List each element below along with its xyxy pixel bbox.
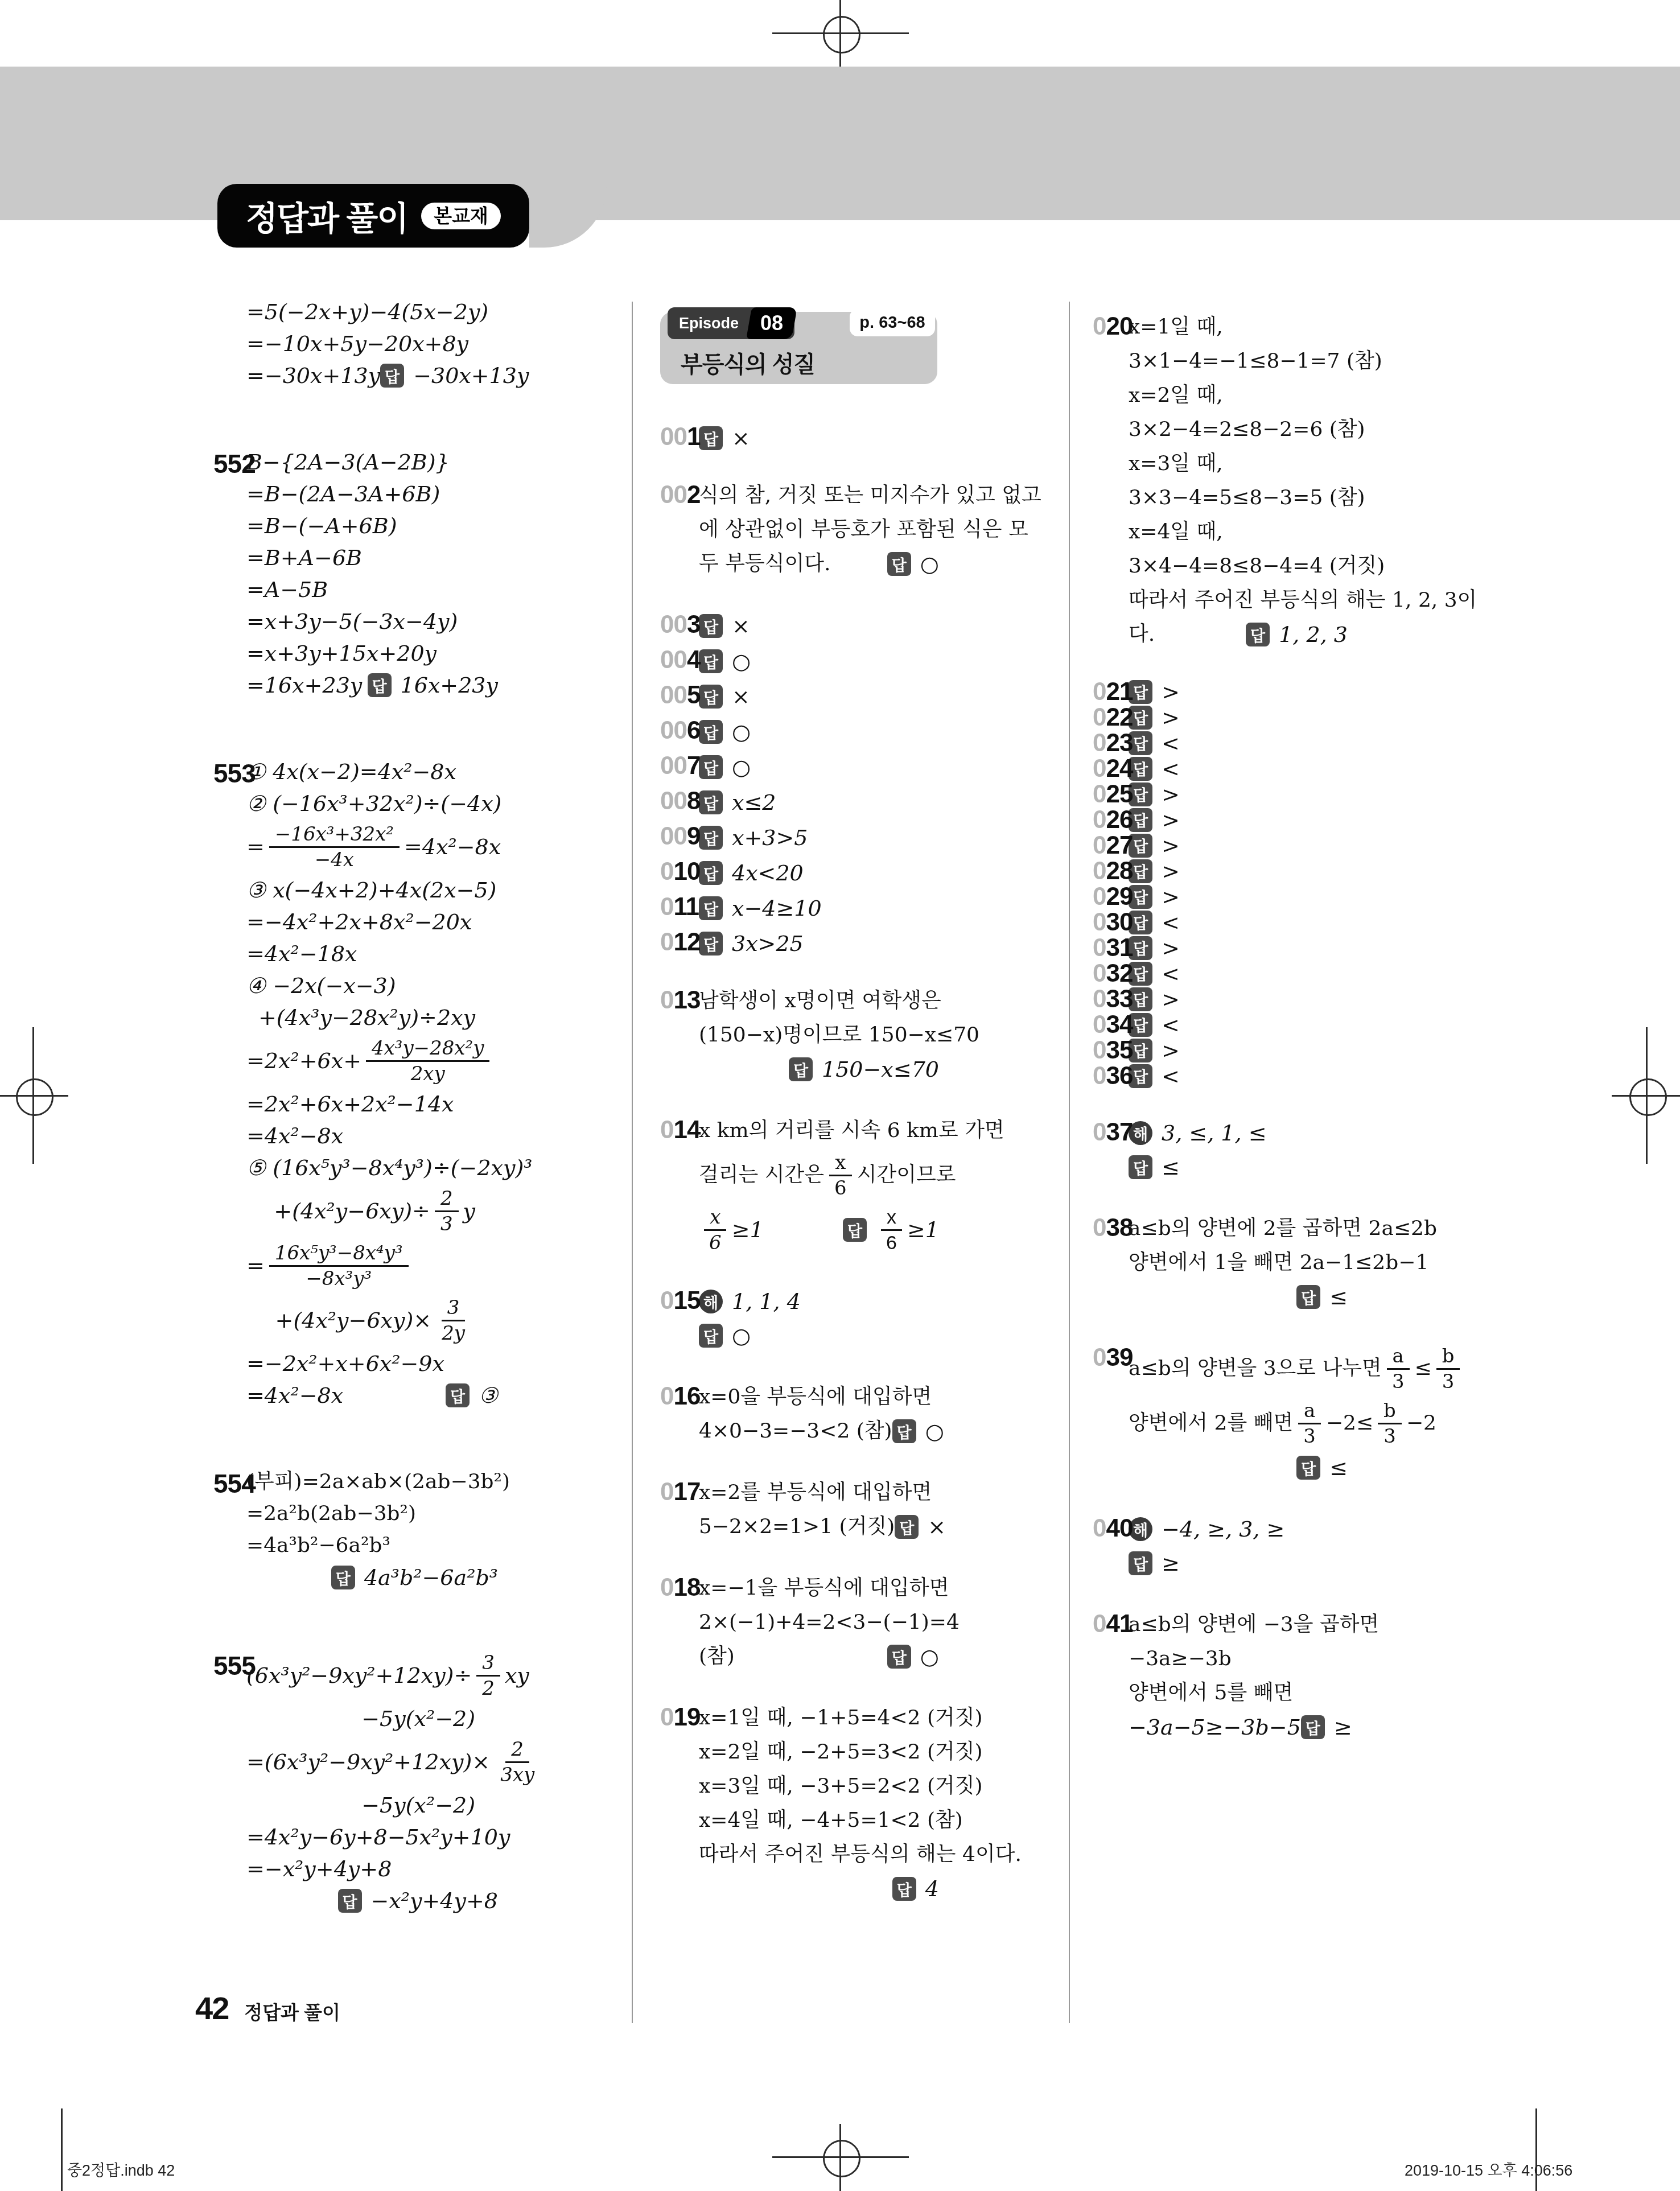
answer-item: 007 답 ○ — [660, 749, 1059, 785]
episode-badge: Episode 08 — [668, 307, 794, 339]
column-divider-1 — [632, 302, 633, 2023]
answer-badge: 답 — [699, 426, 723, 450]
answer: × — [732, 679, 750, 714]
answer-badge: 답 — [368, 673, 392, 697]
answer: × — [732, 609, 750, 643]
answer-item: 029 답 > — [1093, 884, 1491, 909]
answer: 답 4 — [699, 1872, 1059, 1906]
text-line: a≤b의 양변을 3으로 나누면 a3 ≤ b3 — [1129, 1341, 1491, 1396]
fraction: x6 — [829, 1151, 853, 1200]
answer-item: 028 답 > — [1093, 858, 1491, 884]
answer: ○ — [732, 644, 751, 678]
text-line: (참) — [699, 1640, 735, 1674]
text-line: x=3일 때, −3+5=2<2 (거짓) — [699, 1769, 1059, 1803]
answer-badge: 답 — [843, 1218, 867, 1242]
solution-line: 해 1, 1, 4 — [699, 1284, 1059, 1319]
problem-013: 013 남학생이 x명이면 여학생은(150−x)명이므로 150−x≤70 답… — [660, 984, 1059, 1086]
problem-018: 018 x=−1을 부등식에 대입하면 2×(−1)+4=2<3−(−1)=4 … — [660, 1571, 1059, 1674]
answer: 답 16x+23y — [368, 669, 498, 701]
answer-item: 024 답 < — [1093, 756, 1491, 781]
math-line: =4x²y−6y+8−5x²y+10y — [246, 1821, 580, 1853]
answer-item: 036 답 < — [1093, 1063, 1491, 1089]
answer-badge: 답 — [699, 790, 723, 814]
answer: ○ — [732, 750, 751, 784]
left-column: =5(−2x+y)−4(5x−2y)=−10x+5y−20x+8y =−30x+… — [213, 296, 580, 1971]
math-line: =−4x²+2x+8x²−20x — [246, 906, 580, 938]
answer-item: 021 답 > — [1093, 679, 1491, 705]
answer-badge: 답 — [699, 614, 723, 638]
episode-number-box: 08 — [746, 307, 797, 339]
answer-item: 008 답 x≤2 — [660, 785, 1059, 820]
answer-badge: 답 — [1129, 1155, 1152, 1179]
math-line: ⑤ (16x⁵y³−8x⁴y³)÷(−2xy)³ — [246, 1152, 580, 1184]
text-line: 3×1−4=−1≤8−1=7 (참) — [1129, 344, 1491, 378]
simple-answers-003-012: 003 답 × 004 답 ○ 005 답 × 006 답 ○ — [660, 608, 1059, 961]
fraction: x6 — [880, 1205, 903, 1255]
problem-014: 014 x km의 거리를 시속 6 km로 가면 걸리는 시간은 x6 시간이… — [660, 1114, 1059, 1257]
text-line: 5−2×2=1>1 (거짓) — [699, 1510, 895, 1544]
math-line: = −16x³+32x²−4x =4x²−8x — [246, 819, 580, 874]
text-line: 남학생이 x명이면 여학생은 — [699, 984, 1059, 1018]
text-line: x=2를 부등식에 대입하면 — [699, 1476, 1059, 1510]
solution-badge: 해 — [699, 1290, 723, 1313]
answer-item: 026 답 > — [1093, 807, 1491, 833]
answer-item: 034 답 < — [1093, 1012, 1491, 1037]
problem-553: 553 ① 4x(x−2)=4x²−8x ② (−16x³+32x²)÷(−4x… — [213, 756, 580, 1411]
answer-badge: 답 — [699, 861, 723, 885]
math-line: −5y(x²−2) — [246, 1789, 580, 1821]
page-footer: 42 정답과 풀이 — [195, 1990, 340, 2027]
problem-037: 037 해 3, ≤, 1, ≤ 답 ≤ — [1093, 1116, 1491, 1184]
text-line: x=−1을 부등식에 대입하면 — [699, 1571, 1059, 1605]
math-line: =(6x³y²−9xy²+12xy)× 23xy — [246, 1735, 580, 1789]
math-line: =B+A−6B — [246, 542, 580, 574]
answer-book-page: 정답과 풀이 본교재 =5(−2x+y)−4(5x−2y)=−10x+5y−20… — [0, 0, 1680, 2191]
fraction: 4x³y−28x²y2xy — [366, 1036, 489, 1086]
answer-item: 035 답 > — [1093, 1037, 1491, 1063]
answer-badge: 답 — [789, 1057, 813, 1081]
text-line: 양변에서 1을 빼면 2a−1≤2b−1 — [1129, 1246, 1491, 1280]
math-line: =2a²b(2ab−3b²) — [246, 1498, 580, 1530]
text-line: a≤b의 양변에 2를 곱하면 2a≤2b — [1129, 1212, 1491, 1246]
answer-badge: 답 — [446, 1383, 470, 1407]
text-line: 따라서 주어진 부등식의 해는 4이다. — [699, 1838, 1059, 1872]
fraction: 16x⁵y³−8x⁴y³−8x³y³ — [269, 1241, 409, 1291]
math-line: =−x²y+4y+8 — [246, 1853, 580, 1885]
problem-555: 555 (6x³y²−9xy²+12xy)÷ 32 xy −5y(x²−2) =… — [213, 1648, 580, 1917]
answer: 답 1, 2, 3 — [1246, 617, 1348, 652]
fraction: b3 — [1378, 1399, 1402, 1448]
answer-badge: 답 — [331, 1566, 355, 1589]
answer-badge: 답 — [699, 932, 723, 956]
answer-item: 006 답 ○ — [660, 714, 1059, 749]
answer-badge: 답 — [1301, 1715, 1325, 1739]
answer: 답 −30x+13y — [380, 360, 529, 392]
answer-badge: 답 — [895, 1515, 919, 1539]
fraction: −16x³+32x²−4x — [269, 822, 400, 872]
answer: 답 ③ — [446, 1379, 498, 1411]
answer: 답 ≤ — [1129, 1280, 1491, 1314]
answer: < — [1162, 1059, 1180, 1093]
text-line: x=1일 때, — [1129, 310, 1491, 344]
answer-item: 023 답 < — [1093, 730, 1491, 756]
print-file-name: 중2정답.indb 42 — [67, 2158, 175, 2180]
answer-badge: 답 — [1296, 1285, 1320, 1309]
answer-badge: 답 — [338, 1889, 362, 1913]
fraction: x6 — [703, 1205, 727, 1255]
math-line: =2x²+6x+ 4x³y−28x²y2xy — [246, 1033, 580, 1088]
answer-item: 003 답 × — [660, 608, 1059, 644]
episode-header: p. 63~68 Episode 08 부등식의 성질 — [660, 309, 1059, 384]
answer-item: 011 답 x−4≥10 — [660, 891, 1059, 926]
math-line: −5y(x²−2) — [246, 1703, 580, 1735]
math-line: =5(−2x+y)−4(5x−2y) — [246, 296, 580, 328]
text-line: −3a≥−3b — [1129, 1642, 1491, 1676]
answer-item: 025 답 > — [1093, 781, 1491, 807]
math-line: =A−5B — [246, 574, 580, 606]
answer: 답 ≥ — [1301, 1710, 1352, 1744]
page-header: 정답과 풀이 본교재 — [217, 184, 529, 248]
problem-number: 552 — [213, 448, 256, 479]
answer: x−4≥10 — [732, 891, 822, 925]
fraction: 32 — [476, 1651, 500, 1700]
text-line: x=0을 부등식에 대입하면 — [699, 1380, 1059, 1414]
math-line: =x+3y+15x+20y — [246, 637, 580, 669]
answer: ○ — [732, 715, 751, 749]
answer-badge: 답 — [887, 1645, 911, 1669]
math-line: (6x³y²−9xy²+12xy)÷ 32 xy — [246, 1648, 580, 1703]
answer: x≤2 — [732, 785, 776, 819]
episode-label: Episode — [679, 315, 739, 332]
crop-line-bottom-left — [61, 2108, 63, 2191]
problem-002: 002 식의 참, 거짓 또는 미지수가 있고 없고에 상관없이 부등호가 포함… — [660, 479, 1059, 581]
right-column: 020 x=1일 때,3×1−4=−1≤8−1=7 (참)x=2일 때,3×2−… — [1093, 310, 1491, 1772]
answer-badge: 답 — [887, 552, 911, 576]
problem-number: 554 — [213, 1468, 256, 1499]
math-line: B−{2A−3(A−2B)} — [246, 446, 580, 478]
text-line: x=3일 때, — [1129, 447, 1491, 481]
answer-badge: 답 — [1246, 623, 1270, 646]
answer-badge: 답 — [892, 1419, 916, 1443]
math-line: x6 ≥1 — [699, 1205, 764, 1255]
math-line: =4x²−18x — [246, 938, 580, 970]
math-line: =4x²−8x — [246, 1120, 580, 1152]
answer: 답 x6 ≥1 — [843, 1205, 939, 1255]
math-line: =2x²+6x+2x²−14x — [246, 1088, 580, 1120]
episode-title: 부등식의 성질 — [681, 347, 815, 379]
text-line: 3×2−4=2≤8−2=6 (참) — [1129, 413, 1491, 447]
text-line: 양변에서 5를 빼면 — [1129, 1676, 1491, 1710]
footer-label: 정답과 풀이 — [244, 1998, 340, 2025]
text-line: 4×0−3=−3<2 (참) — [699, 1414, 892, 1448]
text-line: 3×3−4=5≤8−3=5 (참) — [1129, 481, 1491, 515]
answer: 답 ≥ — [1129, 1546, 1491, 1580]
text-line: 두 부등식이다. — [699, 547, 831, 581]
text-line: x=2일 때, −2+5=3<2 (거짓) — [699, 1735, 1059, 1769]
answer-badge: 답 — [380, 364, 404, 388]
problem-019: 019 x=1일 때, −1+5=4<2 (거짓)x=2일 때, −2+5=3<… — [660, 1701, 1059, 1906]
math-line: =−10x+5y−20x+8y — [246, 328, 580, 360]
answer-item: 004 답 ○ — [660, 644, 1059, 679]
text-line: a≤b의 양변에 −3을 곱하면 — [1129, 1608, 1491, 1642]
math-line: (부피)=2a×ab×(2ab−3b²) — [246, 1466, 580, 1498]
answer-badge: 답 — [699, 685, 723, 709]
fraction: a3 — [1386, 1344, 1410, 1394]
fraction: 23 — [435, 1187, 459, 1236]
math-line: =4a³b²−6a²b³ — [246, 1530, 580, 1562]
math-line: =−30x+13y — [246, 360, 380, 392]
problem-040: 040 해 −4, ≥, 3, ≥ 답 ≥ — [1093, 1512, 1491, 1580]
answer-badge: 답 — [699, 826, 723, 850]
problem-041: 041 a≤b의 양변에 −3을 곱하면−3a≥−3b양변에서 5를 빼면 −3… — [1093, 1608, 1491, 1744]
answer-badge: 답 — [1296, 1456, 1320, 1480]
problem-552: 552 B−{2A−3(A−2B)}=B−(2A−3A+6B)=B−(−A+6B… — [213, 446, 580, 701]
answer: 답 ≤ — [1129, 1451, 1491, 1485]
problem-016: 016 x=0을 부등식에 대입하면 4×0−3=−3<2 (참) 답 ○ — [660, 1380, 1059, 1448]
answer-item: 032 답 < — [1093, 961, 1491, 986]
math-line: +(4x³y−28x²y)÷2xy — [246, 1002, 580, 1033]
math-line: =B−(−A+6B) — [246, 510, 580, 542]
problem-015: 015 해 1, 1, 4 답 ○ — [660, 1284, 1059, 1353]
answer-item: 005 답 × — [660, 679, 1059, 714]
answer-item: 031 답 > — [1093, 935, 1491, 961]
problem-554: 554 (부피)=2a×ab×(2ab−3b²)=2a²b(2ab−3b²)=4… — [213, 1466, 580, 1593]
math-line: ④ −2x(−x−3) — [246, 970, 580, 1002]
text-line: x=4일 때, −4+5=1<2 (참) — [699, 1803, 1059, 1838]
answer-badge: 답 — [892, 1877, 916, 1901]
solution-line: 해 −4, ≥, 3, ≥ — [1129, 1512, 1491, 1546]
page-title: 정답과 풀이 — [246, 192, 407, 240]
header-gray-tab — [529, 67, 607, 248]
answer: 답 ≤ — [1129, 1150, 1491, 1184]
answer-item: 027 답 > — [1093, 833, 1491, 858]
fraction: 32y — [436, 1296, 471, 1345]
fraction: 23xy — [495, 1737, 540, 1787]
math-line: =−2x²+x+6x²−9x — [246, 1348, 580, 1379]
answer-badge: 답 — [699, 720, 723, 744]
text-line: 따라서 주어진 부등식의 해는 1, 2, 3이 — [1129, 583, 1491, 617]
page-number: 42 — [195, 1990, 228, 2027]
text-line: 양변에서 2를 빼면 a3 −2≤ b3 −2 — [1129, 1396, 1491, 1451]
answer: 답 150−x≤70 — [699, 1052, 1059, 1086]
text-line: 식의 참, 거짓 또는 미지수가 있고 없고 — [699, 479, 1059, 513]
answer-item: 009 답 x+3>5 — [660, 820, 1059, 855]
header-badge: 본교재 — [421, 203, 501, 229]
fraction: a3 — [1298, 1399, 1321, 1448]
answer-item: 010 답 4x<20 — [660, 855, 1059, 891]
answer-item: 030 답 < — [1093, 909, 1491, 935]
math-line: =16x+23y — [246, 669, 362, 701]
text-line: x=1일 때, −1+5=4<2 (거짓) — [699, 1701, 1059, 1735]
math-line: −3a−5≥−3b−5 — [1129, 1710, 1301, 1744]
middle-column: p. 63~68 Episode 08 부등식의 성질 001 답 × 002 … — [660, 309, 1059, 1933]
answer: 답 4a³b²−6a²b³ — [246, 1562, 580, 1593]
answer: 답 ○ — [892, 1414, 944, 1448]
problem-020: 020 x=1일 때,3×1−4=−1≤8−1=7 (참)x=2일 때,3×2−… — [1093, 310, 1491, 652]
answer: x+3>5 — [732, 821, 808, 855]
solution-line: 해 3, ≤, 1, ≤ — [1129, 1116, 1491, 1150]
answer-item: 022 답 > — [1093, 705, 1491, 730]
math-line: =4x²−8x — [246, 1379, 343, 1411]
column-divider-2 — [1069, 302, 1070, 2023]
answer-item: 033 답 > — [1093, 986, 1491, 1012]
problem-039: 039 a≤b의 양변을 3으로 나누면 a3 ≤ b3 양변에서 2를 빼면 … — [1093, 1341, 1491, 1485]
problem-number: 555 — [213, 1650, 256, 1681]
answer-badge: 답 — [699, 896, 723, 920]
math-line: ② (−16x³+32x²)÷(−4x) — [246, 788, 580, 819]
answer: 답 ○ — [887, 547, 939, 581]
math-line: =B−(2A−3A+6B) — [246, 478, 580, 510]
text-line: 다. — [1129, 617, 1155, 652]
math-line: =x+3y−5(−3x−4y) — [246, 606, 580, 637]
answer: 답 ○ — [887, 1640, 939, 1674]
answer: × — [732, 421, 750, 455]
text-line: 2×(−1)+4=2<3−(−1)=4 — [699, 1605, 1059, 1640]
text-line: (150−x)명이므로 150−x≤70 — [699, 1018, 1059, 1052]
text-line: 3×4−4=8≤8−4=4 (거짓) — [1129, 549, 1491, 583]
math-line: +(4x²y−6xy)÷ 23 y — [246, 1184, 580, 1238]
math-line: +(4x²y−6xy)× 32y — [246, 1293, 580, 1348]
answer-badge: 답 — [699, 649, 723, 673]
episode-pages: p. 63~68 — [850, 309, 935, 336]
math-line: ① 4x(x−2)=4x²−8x — [246, 756, 580, 788]
answer: 답 × — [895, 1510, 946, 1544]
text-line: x km의 거리를 시속 6 km로 가면 — [699, 1114, 1059, 1148]
solution-intro: =5(−2x+y)−4(5x−2y)=−10x+5y−20x+8y =−30x+… — [213, 296, 580, 392]
math-line: = 16x⁵y³−8x⁴y³−8x³y³ — [246, 1238, 580, 1293]
answer: 3x>25 — [732, 926, 804, 961]
fraction: b3 — [1436, 1344, 1460, 1394]
answer-badge: 답 — [699, 1324, 723, 1348]
problem-001: 001 답 × — [660, 421, 1059, 456]
answer: 답 ○ — [699, 1319, 1059, 1353]
answer-item: 012 답 3x>25 — [660, 926, 1059, 961]
answer: 답 −x²y+4y+8 — [246, 1885, 580, 1917]
text-line: x=4일 때, — [1129, 515, 1491, 549]
problem-017: 017 x=2를 부등식에 대입하면 5−2×2=1>1 (거짓) 답 × — [660, 1476, 1059, 1544]
math-line: ③ x(−4x+2)+4x(2x−5) — [246, 874, 580, 906]
problem-038: 038 a≤b의 양변에 2를 곱하면 2a≤2b양변에서 1을 빼면 2a−1… — [1093, 1212, 1491, 1314]
problem-number: 553 — [213, 758, 256, 789]
answer: 4x<20 — [732, 856, 804, 890]
text-line: 에 상관없이 부등호가 포함된 식은 모 — [699, 513, 1059, 547]
simple-answers-021-036: 021 답 > 022 답 > 023 답 < 024 답 < — [1093, 679, 1491, 1089]
text-line: 걸리는 시간은 x6 시간이므로 — [699, 1148, 1059, 1202]
print-timestamp: 2019-10-15 오후 4:06:56 — [1405, 2158, 1572, 2180]
text-line: x=2일 때, — [1129, 378, 1491, 413]
answer-badge: 답 — [699, 755, 723, 779]
answer-badge: 답 — [1129, 1551, 1152, 1575]
